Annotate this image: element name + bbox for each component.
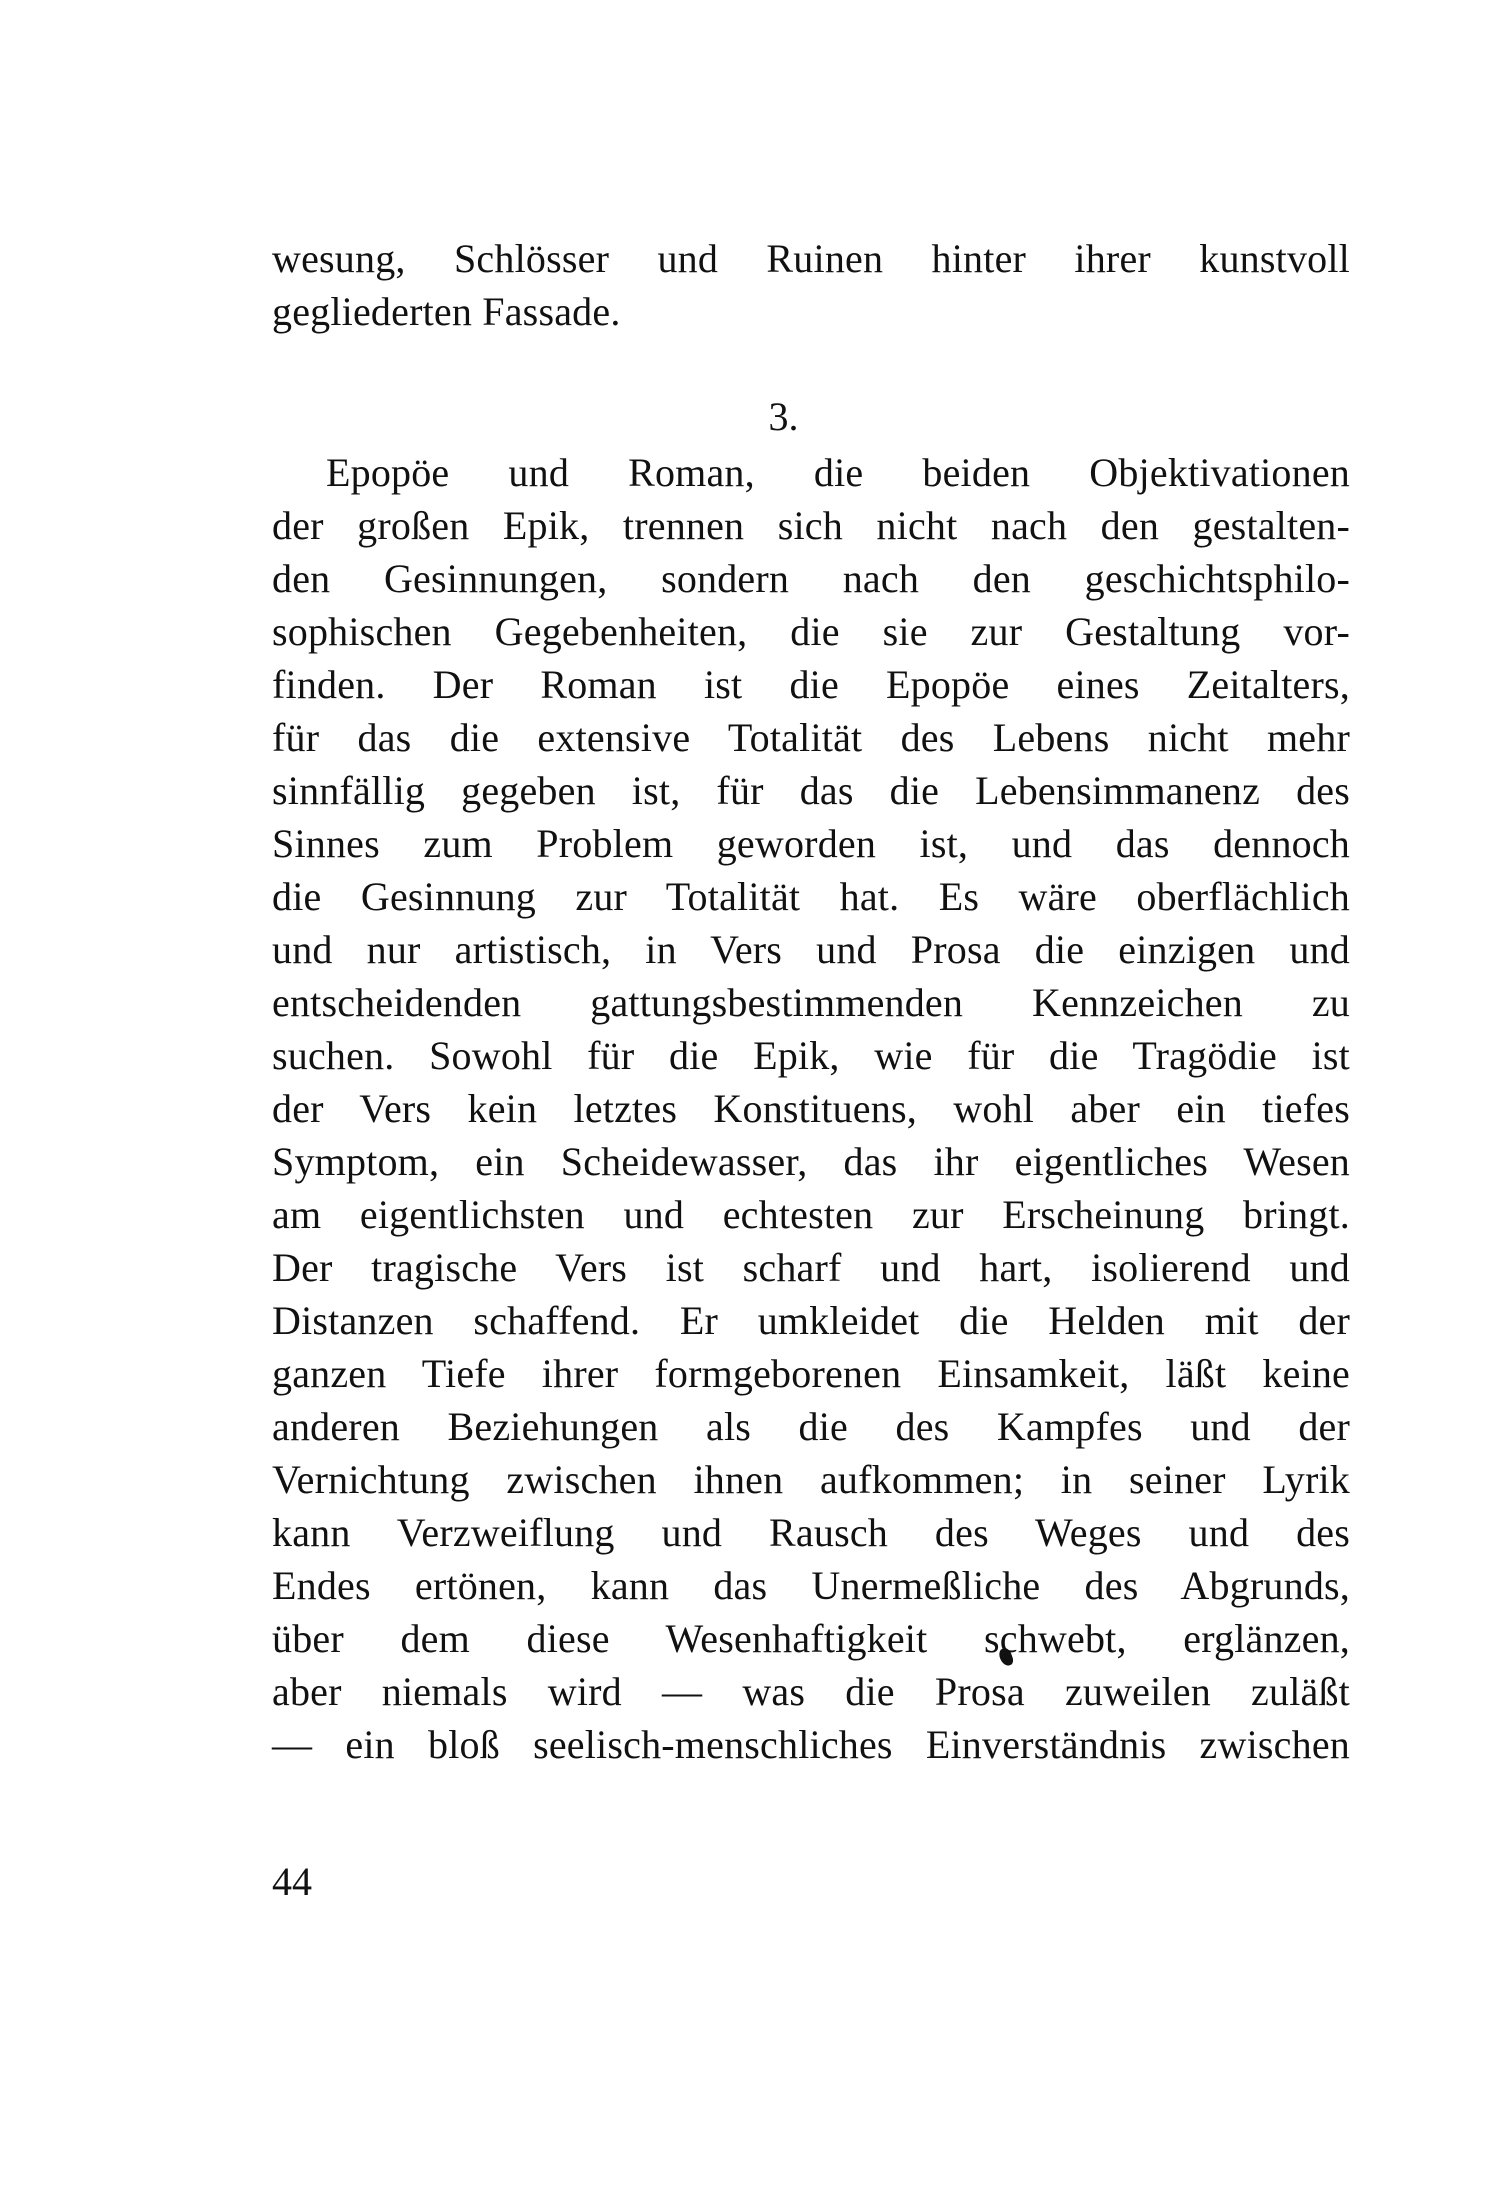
text-line: Endes ertönen, kann das Unermeßliche des… — [272, 1559, 1350, 1612]
text-line: suchen. Sowohl für die Epik, wie für die… — [272, 1029, 1350, 1082]
main-paragraph: Epopöe und Roman, die beiden Objektivati… — [272, 446, 1350, 1771]
text-line: den Gesinnungen, sondern nach den geschi… — [272, 552, 1350, 605]
continued-paragraph: wesung, Schlösser und Ruinen hinter ihre… — [272, 232, 1350, 338]
text-line: anderen Beziehungen als die des Kampfes … — [272, 1400, 1350, 1453]
text-line: Epopöe und Roman, die beiden Objektivati… — [272, 446, 1350, 499]
text-line: die Gesinnung zur Totalität hat. Es wäre… — [272, 870, 1350, 923]
text-line: aber niemals wird — was die Prosa zuweil… — [272, 1665, 1350, 1718]
section-heading: 3. — [0, 390, 1507, 443]
text-line: sophischen Gegebenheiten, die sie zur Ge… — [272, 605, 1350, 658]
text-line: kann Verzweiflung und Rausch des Weges u… — [272, 1506, 1350, 1559]
text-line: und nur artistisch, in Vers und Prosa di… — [272, 923, 1350, 976]
text-line: gegliederten Fassade. — [272, 285, 1350, 338]
text-line: am eigentlichsten und echtesten zur Ersc… — [272, 1188, 1350, 1241]
text-line: Sinnes zum Problem geworden ist, und das… — [272, 817, 1350, 870]
text-line: sinnfällig gegeben ist, für das die Lebe… — [272, 764, 1350, 817]
text-line: der Vers kein letztes Konstituens, wohl … — [272, 1082, 1350, 1135]
book-page: wesung, Schlösser und Ruinen hinter ihre… — [0, 0, 1507, 2188]
text-line: für das die extensive Totalität des Lebe… — [272, 711, 1350, 764]
text-line: — ein bloß seelisch-menschliches Einvers… — [272, 1718, 1350, 1771]
text-line: Der tragische Vers ist scharf und hart, … — [272, 1241, 1350, 1294]
text-line: Distanzen schaffend. Er umkleidet die He… — [272, 1294, 1350, 1347]
text-line: finden. Der Roman ist die Epopöe eines Z… — [272, 658, 1350, 711]
text-line: Vernichtung zwischen ihnen aufkommen; in… — [272, 1453, 1350, 1506]
text-line: der großen Epik, trennen sich nicht nach… — [272, 499, 1350, 552]
text-line: Symptom, ein Scheidewasser, das ihr eige… — [272, 1135, 1350, 1188]
text-line: entscheidenden gattungsbestimmenden Kenn… — [272, 976, 1350, 1029]
page-number: 44 — [272, 1855, 312, 1908]
text-line: wesung, Schlösser und Ruinen hinter ihre… — [272, 232, 1350, 285]
text-line: über dem diese Wesenhaftigkeit schwebt, … — [272, 1612, 1350, 1665]
text-line: ganzen Tiefe ihrer formgeborenen Einsamk… — [272, 1347, 1350, 1400]
